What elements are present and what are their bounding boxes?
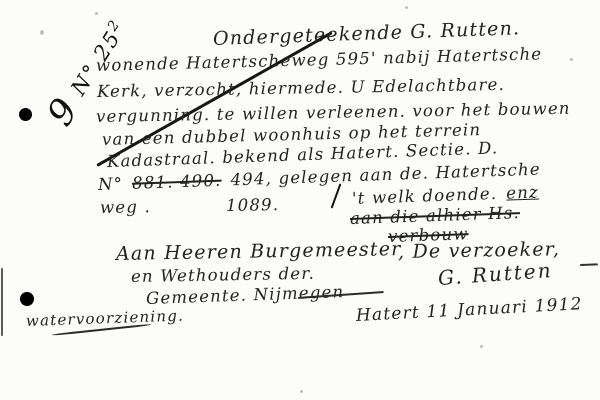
- signature: G. Rutten: [437, 258, 553, 290]
- body-line-2: wonende Hatertscheweg 595' nabij Haterts…: [96, 44, 543, 75]
- punch-hole: [20, 292, 34, 306]
- ink-blot: [19, 108, 32, 121]
- registry-figure: 9: [40, 90, 88, 133]
- noise-speck: [480, 345, 483, 348]
- address-line-2: en Wethouders der.: [131, 264, 315, 286]
- noise-speck: [405, 6, 408, 9]
- parcel-no-struck: 881. 490.: [132, 171, 222, 193]
- noise-speck: [570, 58, 573, 61]
- address-line-1: Aan Heeren Burgemeester: [116, 238, 402, 265]
- scan-edge-artifact: [1, 268, 3, 336]
- margin-note: watervoorziening.: [26, 306, 185, 330]
- date-line: Hatert 11 Januari 1912: [355, 294, 583, 326]
- body-line-8-left: weg .: [100, 197, 151, 217]
- noise-speck: [95, 12, 98, 15]
- noise-speck: [40, 30, 44, 35]
- enz-text: enz: [506, 182, 539, 202]
- body-line-4: vergunning. te willen verleenen. voor he…: [96, 99, 571, 126]
- body-line-8-number: 1089.: [226, 195, 280, 215]
- dash-mark: [580, 263, 598, 266]
- slash-stroke: [331, 183, 342, 208]
- noise-speck: [300, 390, 303, 393]
- parcel-no-prefix: N°: [98, 174, 124, 194]
- scanned-letter-page: 9N° 252 Ondergeteekende G. Rutten. wonen…: [0, 0, 600, 400]
- body-line-3: Kerk, verzocht, hiermede. U Edelachtbare…: [97, 75, 505, 101]
- noise-speck: [553, 298, 556, 301]
